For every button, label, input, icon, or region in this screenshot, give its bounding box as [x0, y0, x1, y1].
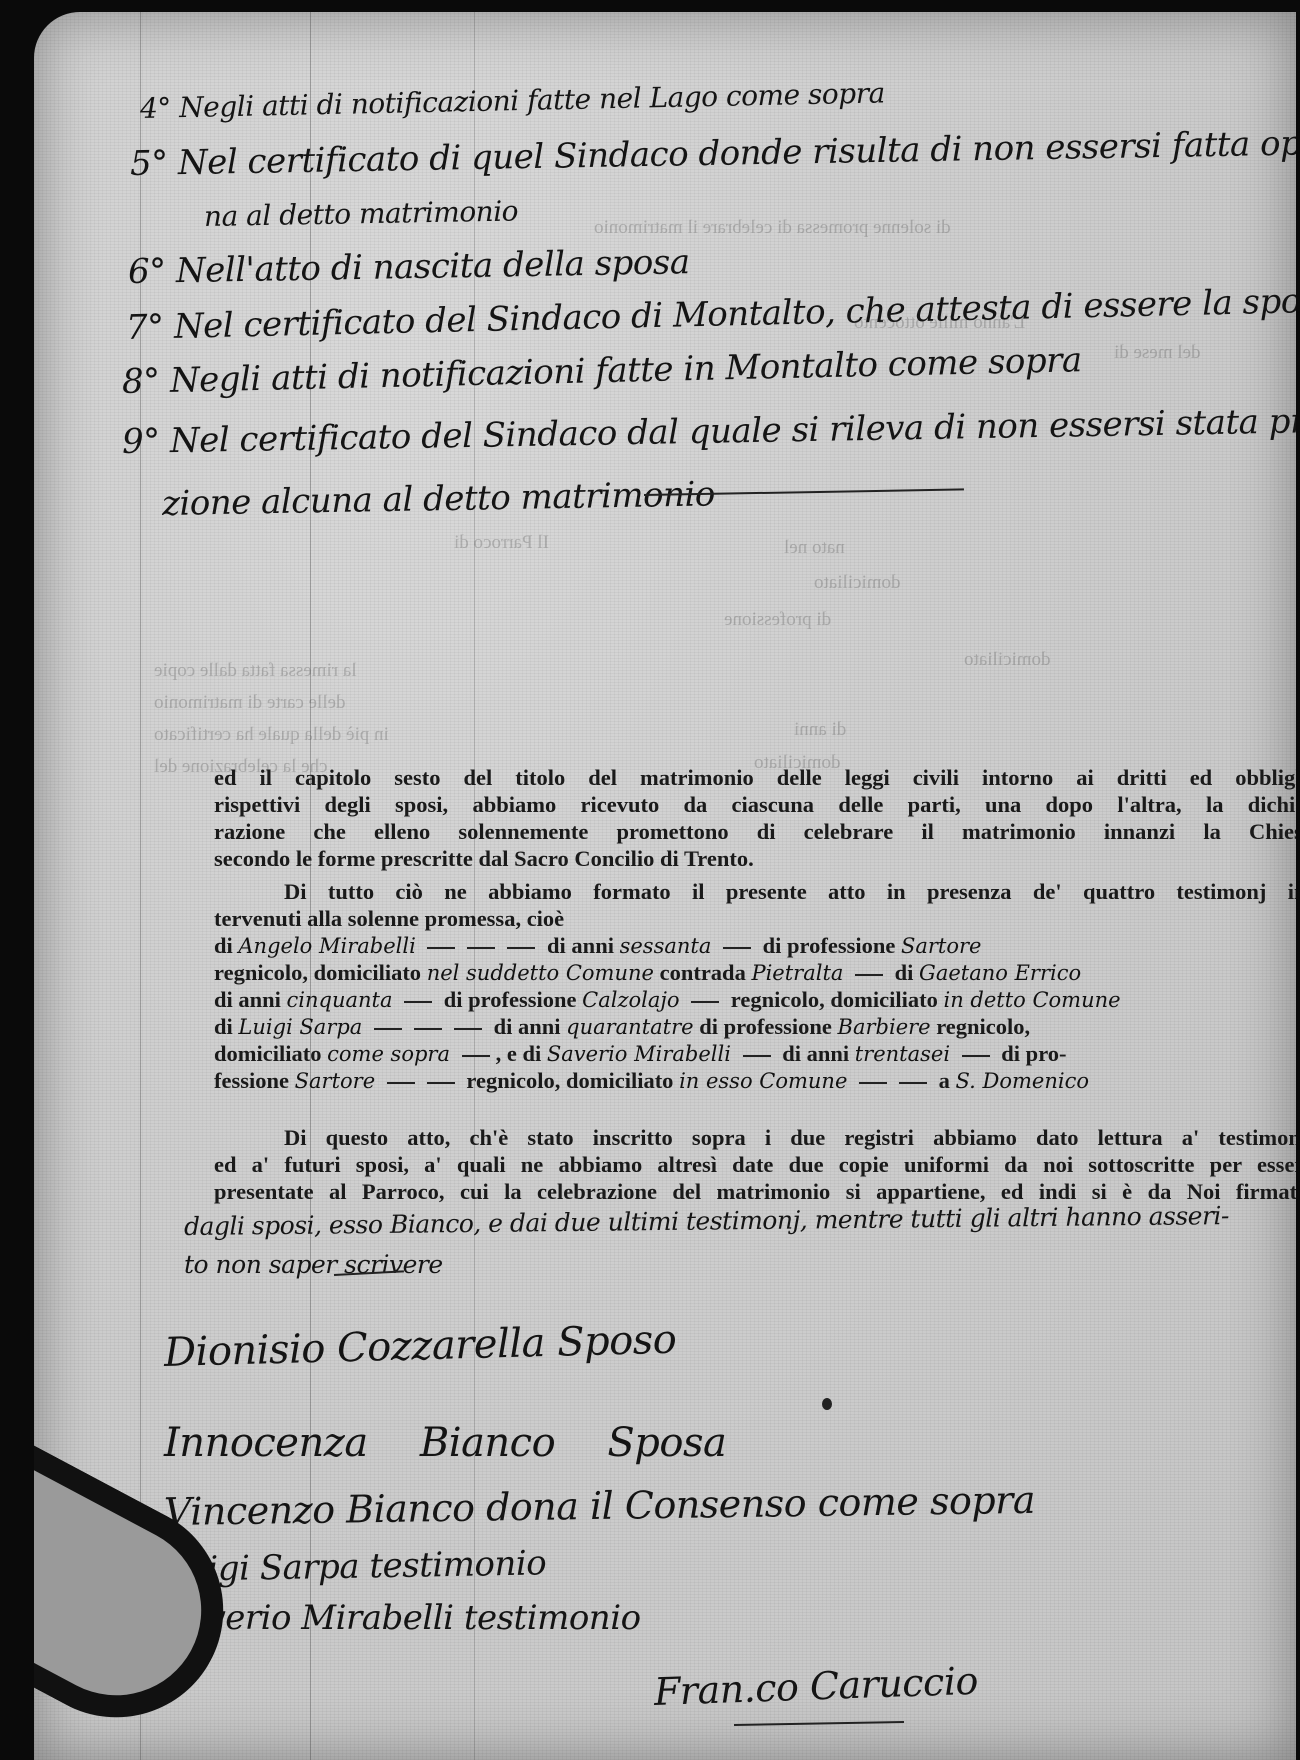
signature-sposa: Innocenza Bianco Sposa: [164, 1420, 726, 1466]
printed-line: Di questo atto, ch'è stato inscritto sop…: [214, 1124, 1296, 1151]
fill-line: [427, 1082, 455, 1084]
printed-paragraph-3: Di questo atto, ch'è stato inscritto sop…: [214, 1124, 1296, 1205]
handwritten-item-9: 9° Nel certificato del Sindaco dal quale…: [122, 397, 1296, 462]
signature-flourish: [734, 1721, 904, 1726]
fill-line: [467, 947, 495, 949]
fill-line: [387, 1082, 415, 1084]
label: di professione: [699, 1014, 832, 1039]
item-number: 5°: [130, 143, 168, 184]
handwritten-item-5: 5° Nel certificato di quel Sindaco donde…: [130, 119, 1296, 184]
fill-line: [899, 1082, 927, 1084]
fill-line: [962, 1055, 990, 1057]
label: domiciliato: [214, 1041, 322, 1066]
handwritten-item-8: 8° Negli atti di notificazioni fatte in …: [122, 340, 1083, 402]
bleed-through-text: domiciliato: [814, 572, 901, 594]
item-text: Nel certificato del Sindaco dal quale si…: [170, 397, 1296, 461]
ink-dot: [822, 1398, 832, 1410]
witness-4-place: S. Domenico: [956, 1069, 1089, 1093]
bleed-through-text: delle carte di matrimonio: [154, 692, 346, 714]
witness-line: di anni cinquanta di professione Calzola…: [214, 986, 1296, 1013]
signature-sposo: Dionisio Cozzarella Sposo: [163, 1317, 676, 1376]
printed-line: ed a' futuri sposi, a' quali ne abbiamo …: [214, 1151, 1296, 1178]
signature-officiant: Fran.co Caruccio: [653, 1659, 978, 1714]
document-page: di solenne promessa di celebrare il matr…: [34, 12, 1296, 1760]
witness-3-profession: Barbiere: [838, 1015, 931, 1039]
bleed-through-text: la rimessa fatta dalle copie: [154, 660, 357, 682]
fill-line: [414, 1028, 442, 1030]
label: regnicolo, domiciliato: [731, 987, 938, 1012]
handwritten-item-6: 6° Nell'atto di nascita della sposa: [128, 242, 690, 292]
witness-4-age: trentasei: [855, 1042, 950, 1066]
bleed-through-text: di solenne promessa di celebrare il matr…: [594, 217, 951, 239]
fill-line: [507, 947, 535, 949]
label: regnicolo,: [936, 1014, 1030, 1039]
label: regnicolo, domiciliato: [214, 960, 421, 985]
bleed-through-text: di anni: [794, 719, 846, 741]
item-number: 7°: [126, 307, 165, 348]
item-text: Nel certificato di quel Sindaco donde ri…: [178, 119, 1296, 183]
label: di anni: [494, 1014, 561, 1039]
fill-line: [743, 1055, 771, 1057]
witness-2-age: cinquanta: [287, 988, 393, 1012]
signature-witness-luigi: Luigi Sarpa testimonio: [164, 1543, 547, 1590]
label: regnicolo, domiciliato: [466, 1068, 673, 1093]
witness-1-profession: Sartore: [901, 934, 982, 958]
bleed-through-text: di professione: [724, 609, 831, 631]
witness-3-domicile: come sopra: [327, 1042, 450, 1066]
witness-line: fessione Sartore regnicolo, domiciliato …: [214, 1067, 1296, 1094]
item-text: Negli atti di notificazioni fatte nel La…: [179, 76, 885, 124]
witness-1-domicile: nel suddetto Comune: [427, 961, 654, 985]
witness-3-name: Luigi Sarpa: [238, 1015, 362, 1039]
handwritten-closing-line: dagli sposi, esso Bianco, e dai due ulti…: [184, 1201, 1229, 1241]
printed-line: Di tutto ciò ne abbiamo formato il prese…: [214, 878, 1296, 905]
item-text: zione alcuna al detto matrimonio: [162, 474, 715, 524]
witness-2-name: Gaetano Errico: [919, 961, 1081, 985]
fill-line: [855, 974, 883, 976]
item-text: Nell'atto di nascita della sposa: [176, 242, 690, 291]
witness-line: regnicolo, domiciliato nel suddetto Comu…: [214, 959, 1296, 986]
label: fessione: [214, 1068, 289, 1093]
label: , e di: [496, 1041, 542, 1066]
item-number: 8°: [122, 361, 161, 402]
printed-paragraph-2: Di tutto ciò ne abbiamo formato il prese…: [214, 878, 1296, 1094]
witness-1-contrada: Pietralta: [751, 961, 843, 985]
bleed-through-text: Il Parroco di: [454, 532, 549, 554]
item-number: 9°: [122, 421, 160, 462]
witness-line: domiciliato come sopra , e di Saverio Mi…: [214, 1040, 1296, 1067]
printed-line: ed il capitolo sesto del titolo del matr…: [214, 764, 1296, 791]
label: a: [939, 1068, 950, 1093]
handwritten-item-5-cont: na al detto matrimonio: [204, 195, 519, 233]
witness-4-name: Saverio Mirabelli: [547, 1042, 731, 1066]
witness-1-age: sessanta: [620, 934, 712, 958]
fill-line: [859, 1082, 887, 1084]
label: di pro-: [1001, 1041, 1066, 1066]
bleed-through-text: in piè della quale ha certificato: [154, 724, 389, 746]
label: di: [214, 933, 233, 958]
witness-4-profession: Sartore: [295, 1069, 376, 1093]
label: di anni: [547, 933, 614, 958]
printed-line: rispettivi degli sposi, abbiamo ricevuto…: [214, 791, 1296, 818]
label: di professione: [444, 987, 577, 1012]
witness-2-profession: Calzolajo: [582, 988, 679, 1012]
label: contrada: [660, 960, 746, 985]
witness-3-age: quarantatre: [566, 1015, 693, 1039]
handwritten-item-4: 4° Negli atti di notificazioni fatte nel…: [140, 76, 885, 125]
witness-line: di Angelo Mirabelli di anni sessanta di …: [214, 932, 1296, 959]
label: di: [895, 960, 914, 985]
item-text: na al detto matrimonio: [204, 195, 519, 233]
signature-witness-saverio: Saverio Mirabelli testimonio: [164, 1598, 641, 1638]
label: di anni: [782, 1041, 849, 1066]
fill-line: [427, 947, 455, 949]
printed-paragraph-1: ed il capitolo sesto del titolo del matr…: [214, 764, 1296, 872]
witness-4-domicile: in esso Comune: [679, 1069, 847, 1093]
bleed-through-text: del mese di: [1114, 342, 1201, 364]
item-number: 4°: [140, 91, 172, 125]
fill-line: [691, 1001, 719, 1003]
witness-2-domicile: in detto Comune: [943, 988, 1120, 1012]
label: di: [214, 1014, 233, 1039]
label: di professione: [763, 933, 896, 958]
signature-consenso: Vincenzo Bianco dona il Consenso come so…: [164, 1478, 1036, 1534]
label: di anni: [214, 987, 281, 1012]
bleed-through-text: domiciliato: [964, 649, 1051, 671]
fill-line: [462, 1055, 490, 1057]
handwritten-item-9-cont: zione alcuna al detto matrimonio: [162, 474, 715, 524]
witness-1-name: Angelo Mirabelli: [238, 934, 415, 958]
handwritten-closing-line: to non saper scrivere: [184, 1250, 443, 1279]
item-number: 6°: [128, 251, 166, 292]
fill-line: [723, 947, 751, 949]
fill-line: [374, 1028, 402, 1030]
printed-line: razione che elleno solennemente prometto…: [214, 818, 1296, 845]
fill-line: [404, 1001, 432, 1003]
printed-line: presentate al Parroco, cui la celebrazio…: [214, 1178, 1296, 1205]
printed-line: tervenuti alla solenne promessa, cioè: [214, 905, 1296, 932]
item-text: Negli atti di notificazioni fatte in Mon…: [169, 340, 1082, 401]
bleed-through-text: nato nel: [784, 537, 845, 559]
printed-line: secondo le forme prescritte dal Sacro Co…: [214, 845, 1296, 872]
witness-line: di Luigi Sarpa di anni quarantatre di pr…: [214, 1013, 1296, 1040]
fill-line: [454, 1028, 482, 1030]
